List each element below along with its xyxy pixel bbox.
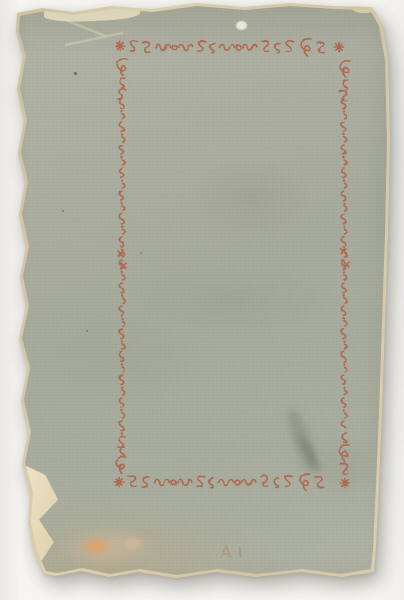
torn-edge-chip — [11, 391, 23, 410]
border-corner-bottom-left — [116, 437, 126, 474]
torn-edge-chip — [7, 329, 23, 360]
paper-shadow-wrap — [0, 0, 404, 600]
torn-edge-chip — [4, 147, 17, 165]
pamphlet-cover — [0, 0, 404, 600]
border-bottom-row — [115, 474, 350, 491]
torn-edge-underlay — [0, 0, 404, 600]
border-corner-bottom-right — [339, 433, 349, 474]
border-corner-top-right — [340, 61, 351, 102]
torn-edge-chip — [5, 55, 22, 83]
border-top-row — [116, 39, 344, 56]
border-right-chain — [338, 98, 351, 428]
photo-backdrop — [0, 0, 404, 600]
ornamental-border — [115, 39, 352, 491]
torn-edge-chip — [9, 436, 22, 461]
ornamental-border-svg — [0, 0, 404, 600]
border-corner-top-left — [117, 59, 127, 100]
torn-edge-chip — [9, 295, 22, 318]
faint-bottom-mark — [221, 546, 241, 558]
border-left-chain — [116, 98, 129, 436]
